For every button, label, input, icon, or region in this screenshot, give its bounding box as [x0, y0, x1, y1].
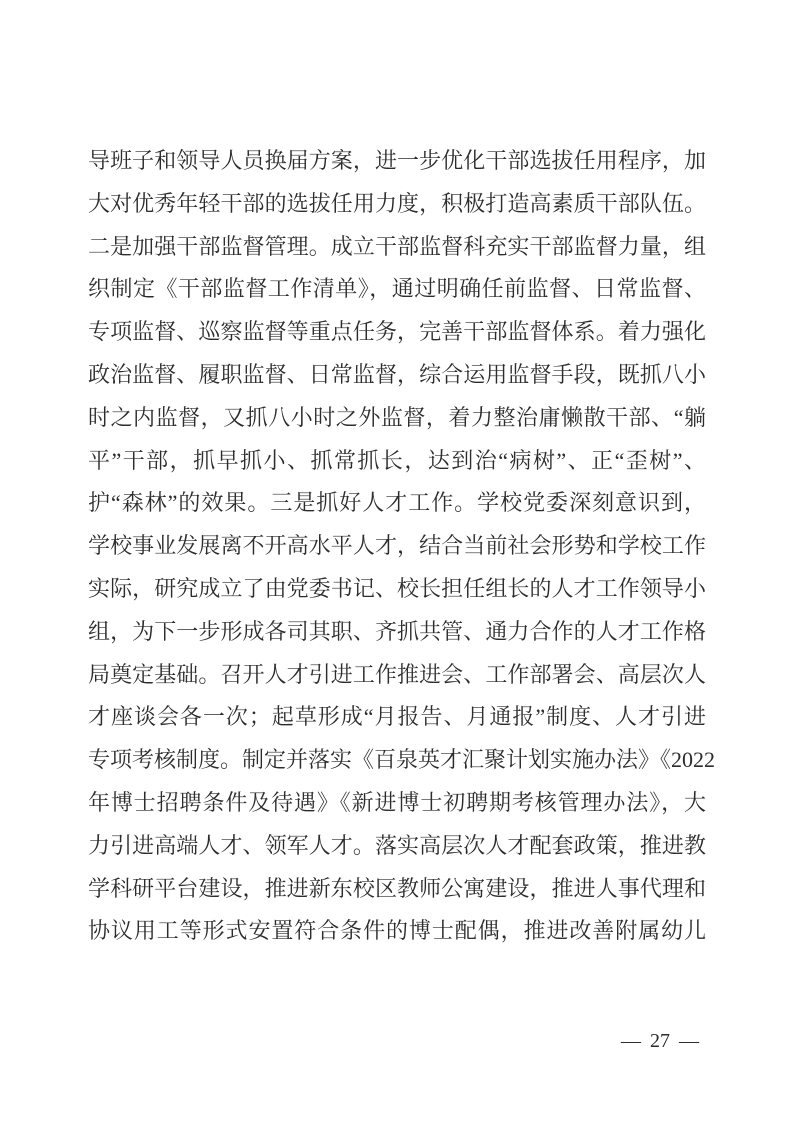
text-line: 大对优秀年轻干部的选拔任用力度，积极打造高素质干部队伍。: [88, 183, 706, 226]
text-line: 局奠定基础。召开人才引进工作推进会、工作部署会、高层次人: [88, 654, 706, 697]
page-footer: — 27 —: [621, 1031, 699, 1051]
text-line: 年博士招聘条件及待遇》《新进博士初聘期考核管理办法》，大: [88, 782, 706, 825]
body-text: 导班子和领导人员换届方案，进一步优化干部选拔任用程序，加 大对优秀年轻干部的选拔…: [88, 140, 706, 953]
text-line: 织制定《干部监督工作清单》，通过明确任前监督、日常监督、: [88, 268, 706, 311]
text-line: 力引进高端人才、领军人才。落实高层次人才配套政策，推进教: [88, 825, 706, 868]
text-line: 学科研平台建设，推进新东校区教师公寓建设，推进人事代理和: [88, 868, 706, 911]
text-line: 导班子和领导人员换届方案，进一步优化干部选拔任用程序，加: [88, 140, 706, 183]
text-line: 组，为下一步形成各司其职、齐抓共管、通力合作的人才工作格: [88, 611, 706, 654]
text-line: 二是加强干部监督管理。成立干部监督科充实干部监督力量，组: [88, 226, 706, 269]
text-line: 护“森林”的效果。三是抓好人才工作。学校党委深刻意识到，: [88, 482, 706, 525]
page-number: 27: [650, 1031, 670, 1051]
text-line: 专项考核制度。制定并落实《百泉英才汇聚计划实施办法》《2022: [88, 739, 706, 782]
text-line: 政治监督、履职监督、日常监督，综合运用监督手段，既抓八小: [88, 354, 706, 397]
document-page: 导班子和领导人员换届方案，进一步优化干部选拔任用程序，加 大对优秀年轻干部的选拔…: [0, 0, 793, 1122]
text-line: 协议用工等形式安置符合条件的博士配偶，推进改善附属幼儿: [88, 910, 706, 953]
text-line: 实际，研究成立了由党委书记、校长担任组长的人才工作领导小: [88, 568, 706, 611]
page-number-dash-left: —: [621, 1031, 641, 1051]
page-number-dash-right: —: [679, 1031, 699, 1051]
text-line: 平”干部，抓早抓小、抓常抓长，达到治“病树”、正“歪树”、: [88, 440, 706, 483]
text-line: 专项监督、巡察监督等重点任务，完善干部监督体系。着力强化: [88, 311, 706, 354]
text-line: 学校事业发展离不开高水平人才，结合当前社会形势和学校工作: [88, 525, 706, 568]
text-line: 才座谈会各一次；起草形成“月报告、月通报”制度、人才引进: [88, 696, 706, 739]
text-line: 时之内监督，又抓八小时之外监督，着力整治庸懒散干部、“躺: [88, 397, 706, 440]
